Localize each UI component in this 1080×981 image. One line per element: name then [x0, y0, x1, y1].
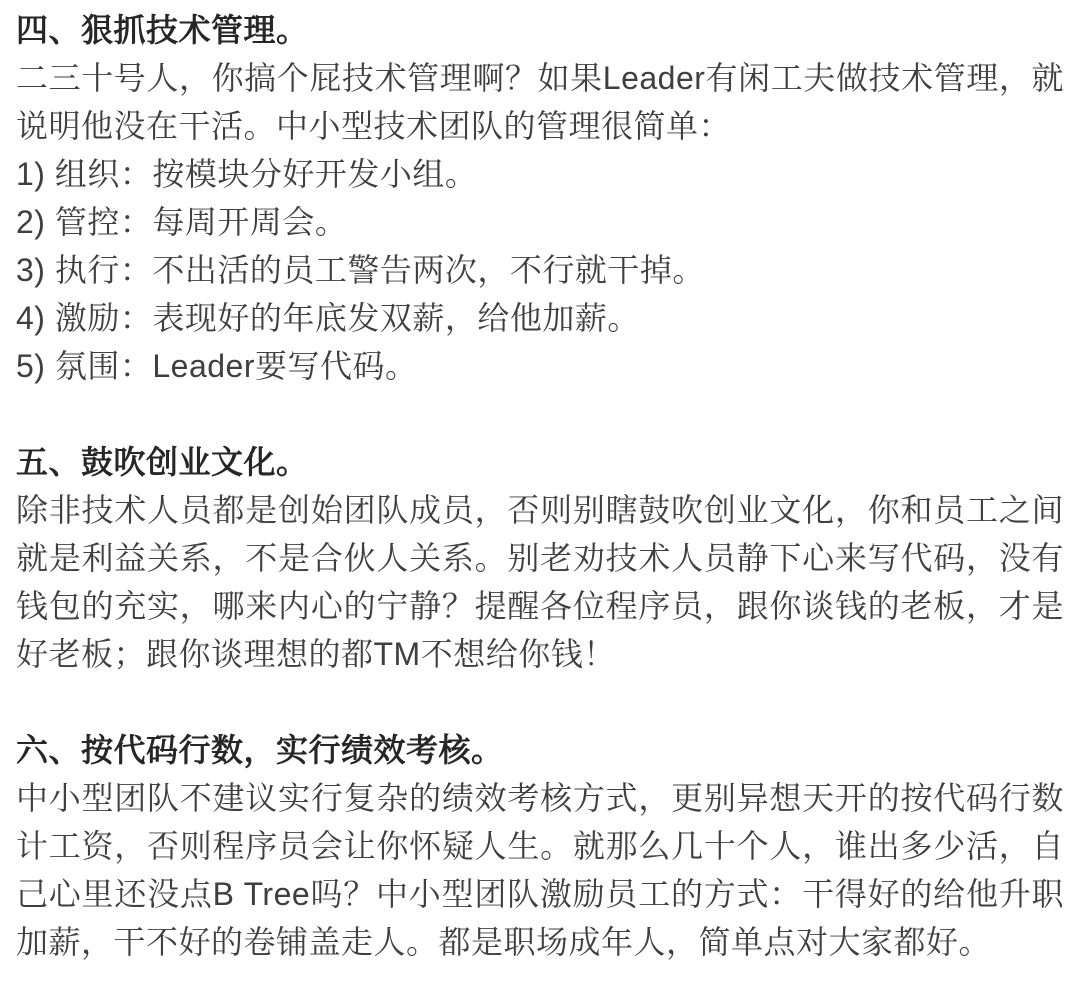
section-paragraph: 中小型团队不建议实行复杂的绩效考核方式，更别异想天开的按代码行数计工资，否则程序… — [16, 774, 1064, 966]
list-item: 1) 组织：按模块分好开发小组。 — [16, 150, 1064, 198]
section-startup-culture: 五、鼓吹创业文化。 除非技术人员都是创始团队成员，否则别瞎鼓吹创业文化，你和员工… — [16, 438, 1064, 678]
section-tech-management: 四、狠抓技术管理。 二三十号人，你搞个屁技术管理啊？如果Leader有闲工夫做技… — [16, 6, 1064, 390]
section-heading: 六、按代码行数，实行绩效考核。 — [16, 726, 1064, 774]
list-item: 5) 氛围：Leader要写代码。 — [16, 342, 1064, 390]
list-item: 4) 激励：表现好的年底发双薪，给他加薪。 — [16, 294, 1064, 342]
section-paragraph: 除非技术人员都是创始团队成员，否则别瞎鼓吹创业文化，你和员工之间就是利益关系，不… — [16, 486, 1064, 678]
section-heading: 四、狠抓技术管理。 — [16, 6, 1064, 54]
section-performance-review: 六、按代码行数，实行绩效考核。 中小型团队不建议实行复杂的绩效考核方式，更别异想… — [16, 726, 1064, 966]
section-heading: 五、鼓吹创业文化。 — [16, 438, 1064, 486]
list-item: 2) 管控：每周开周会。 — [16, 198, 1064, 246]
list-item: 3) 执行：不出活的员工警告两次，不行就干掉。 — [16, 246, 1064, 294]
numbered-list: 1) 组织：按模块分好开发小组。 2) 管控：每周开周会。 3) 执行：不出活的… — [16, 150, 1064, 390]
section-paragraph: 二三十号人，你搞个屁技术管理啊？如果Leader有闲工夫做技术管理，就说明他没在… — [16, 54, 1064, 150]
article: 四、狠抓技术管理。 二三十号人，你搞个屁技术管理啊？如果Leader有闲工夫做技… — [0, 0, 1080, 976]
page: { "page": { "colors": { "background": "#… — [0, 0, 1080, 981]
